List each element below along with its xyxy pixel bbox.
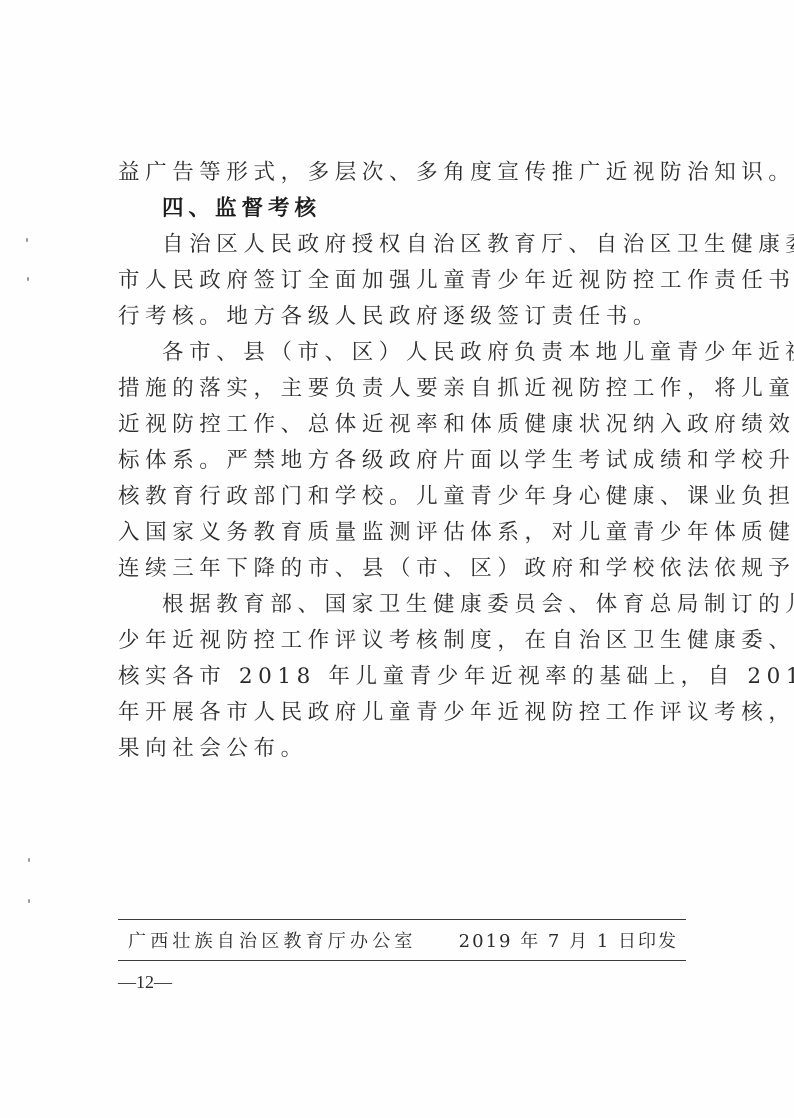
document-page: 益广告等形式，多层次、多角度宣传推广近视防治知识。 四、监督考核 自治区人民政府… [0,0,794,1118]
text-line: 措施的落实，主要负责人要亲自抓近视防控工作，将儿童青少年 [118,371,686,407]
scan-margin-mark [28,858,30,862]
section-heading: 四、监督考核 [118,191,686,227]
issuer-name: 广西壮族自治区教育厅办公室 [118,927,417,953]
text-line: 核实各市 2018 年儿童青少年近视率的基础上，自 2019 年起，每 [118,659,686,695]
text-line: 连续三年下降的市、县（市、区）政府和学校依法依规予以问责。 [118,551,686,587]
paragraph-start-line: 各市、县（市、区）人民政府负责本地儿童青少年近视防控 [118,335,686,371]
bottom-rule [118,960,686,961]
scan-margin-mark [28,899,30,903]
paragraph-start-line: 自治区人民政府授权自治区教育厅、自治区卫生健康委与各 [118,227,686,263]
text-line: 入国家义务教育质量监测评估体系，对儿童青少年体质健康水平 [118,515,686,551]
body-text: 益广告等形式，多层次、多角度宣传推广近视防治知识。 四、监督考核 自治区人民政府… [118,155,686,767]
scan-margin-mark [27,277,29,281]
paragraph-start-line: 根据教育部、国家卫生健康委员会、体育总局制订的儿童青 [118,587,686,623]
text-line: 市人民政府签订全面加强儿童青少年近视防控工作责任书，并进 [118,263,686,299]
text-line: 近视防控工作、总体近视率和体质健康状况纳入政府绩效考核指 [118,407,686,443]
text-line: 行考核。地方各级人民政府逐级签订责任书。 [118,299,686,335]
text-line: 少年近视防控工作评议考核制度，在自治区卫生健康委、教育厅 [118,623,686,659]
scan-margin-mark [26,238,28,242]
colophon-row: 广西壮族自治区教育厅办公室 2019 年 7 月 1 日印发 [118,920,686,960]
page-number: —12— [118,972,172,993]
text-line: 核教育行政部门和学校。儿童青少年身心健康、课业负担等将纳 [118,479,686,515]
text-line: 果向社会公布。 [118,731,686,767]
print-date: 2019 年 7 月 1 日印发 [459,927,686,953]
text-line: 标体系。严禁地方各级政府片面以学生考试成绩和学校升学率考 [118,443,686,479]
colophon: 广西壮族自治区教育厅办公室 2019 年 7 月 1 日印发 [118,919,686,961]
text-line: 年开展各市人民政府儿童青少年近视防控工作评议考核，并将结 [118,695,686,731]
text-line: 益广告等形式，多层次、多角度宣传推广近视防治知识。 [118,155,686,191]
